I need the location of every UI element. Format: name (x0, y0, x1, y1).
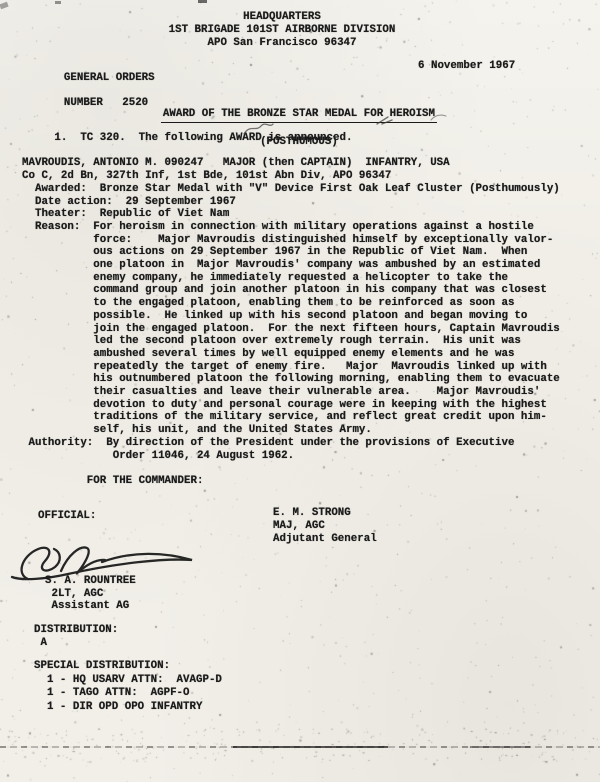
official-label: OFFICIAL: (38, 510, 96, 523)
distribution-block: DISTRIBUTION: A (34, 624, 118, 650)
pencil-mark (376, 114, 396, 126)
letterhead: HEADQUARTERS 1ST BRIGADE 101ST AIRBORNE … (169, 11, 396, 49)
signer-block: S. A. ROUNTREE 2LT, AGC Assistant AG (45, 575, 136, 613)
general-orders-line1: GENERAL ORDERS (64, 72, 155, 84)
pencil-mark (430, 112, 448, 122)
document-page: HEADQUARTERS 1ST BRIGADE 101ST AIRBORNE … (0, 0, 600, 782)
scan-artifact (198, 0, 207, 3)
commander-block: E. M. STRONG MAJ, AGC Adjutant General (273, 507, 377, 546)
scan-line-dark-segment (233, 746, 388, 748)
order-body-text: 1. TC 320. The following AWARD is announ… (22, 132, 560, 488)
scan-artifact (55, 1, 61, 4)
pencil-mark (242, 121, 276, 139)
order-date: 6 November 1967 (418, 60, 515, 73)
scan-line-dark-segment (470, 746, 530, 748)
scan-artifact (0, 2, 9, 9)
special-distribution-block: SPECIAL DISTRIBUTION: 1 - HQ USARV ATTN:… (34, 660, 222, 714)
